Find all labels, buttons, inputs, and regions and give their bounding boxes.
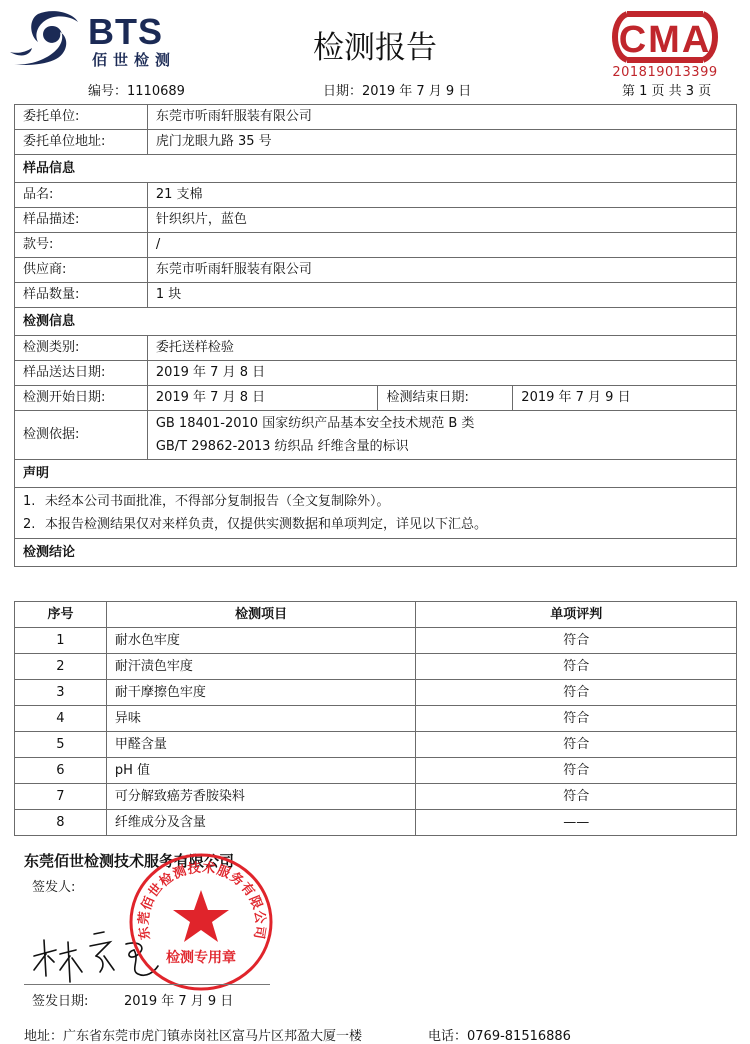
star-icon (173, 890, 229, 942)
statement-number: 2. (23, 513, 45, 536)
report-date-value: 2019 年 7 月 9 日 (362, 84, 471, 99)
table-row: 5 甲醛含量 符合 (15, 732, 737, 758)
client-address-row: 委托单位地址: 虎门龙眼九路 35 号 (15, 130, 737, 155)
sample-row: 样品数量: 1 块 (15, 283, 737, 308)
sample-row: 样品描述: 针织织片，蓝色 (15, 208, 737, 233)
signer-label: 签发人: (32, 876, 75, 895)
table-row: 4 异味 符合 (15, 706, 737, 732)
field-value: 虎门龙眼九路 35 号 (147, 130, 736, 155)
report-number-value: 1110689 (127, 84, 185, 99)
field-label: 样品数量: (15, 283, 148, 308)
sign-date-label: 签发日期: (32, 990, 88, 1009)
field-value: 委托送样检验 (147, 336, 736, 361)
row-number: 8 (15, 810, 107, 836)
cma-mark: CMA (605, 8, 725, 66)
field-label: 供应商: (15, 258, 148, 283)
statement-text: 未经本公司书面批准，不得部分复制报告（全文复制除外）。 (45, 494, 390, 509)
field-value: 1 块 (147, 283, 736, 308)
sample-row: 品名: 21 支棉 (15, 183, 737, 208)
field-value: 2019 年 7 月 8 日 (147, 386, 378, 411)
test-category-row: 检测类别: 委托送样检验 (15, 336, 737, 361)
sample-row: 供应商: 东莞市听雨轩服装有限公司 (15, 258, 737, 283)
test-result: 符合 (416, 706, 737, 732)
sample-row: 款号: / (15, 233, 737, 258)
test-item: 耐水色牢度 (106, 628, 416, 654)
section-title: 样品信息 (15, 155, 737, 183)
table-row: 3 耐干摩擦色牢度 符合 (15, 680, 737, 706)
section-title: 声明 (15, 460, 737, 488)
standard-line: GB/T 29862-2013 纺织品 纤维含量的标识 (156, 435, 728, 458)
statement-row: 1.未经本公司书面批准，不得部分复制报告（全文复制除外）。 2.本报告检测结果仅… (15, 488, 737, 539)
signature-line (24, 984, 270, 985)
row-number: 2 (15, 654, 107, 680)
column-header-result: 单项评判 (416, 602, 737, 628)
field-value: 东莞市听雨轩服装有限公司 (147, 105, 736, 130)
svg-text:检测专用章: 检测专用章 (166, 949, 236, 966)
column-header-no: 序号 (15, 602, 107, 628)
section-header-sample: 样品信息 (15, 155, 737, 183)
field-label: 样品描述: (15, 208, 148, 233)
test-result: 符合 (416, 732, 737, 758)
table-row: 2 耐汗渍色牢度 符合 (15, 654, 737, 680)
row-number: 3 (15, 680, 107, 706)
statement-item: 1.未经本公司书面批准，不得部分复制报告（全文复制除外）。 (23, 490, 728, 513)
test-result: 符合 (416, 784, 737, 810)
field-label: 样品送达日期: (15, 361, 148, 386)
field-label: 检测类别: (15, 336, 148, 361)
field-value: 2019 年 7 月 9 日 (513, 386, 737, 411)
standard-line: GB 18401-2010 国家纺织产品基本安全技术规范 B 类 (156, 412, 728, 435)
test-result: 符合 (416, 654, 737, 680)
section-header-test: 检测信息 (15, 308, 737, 336)
column-header-item: 检测项目 (106, 602, 416, 628)
field-value: 21 支棉 (147, 183, 736, 208)
official-seal: 东莞佰世检测技术服务有限公司 检测专用章 (128, 852, 274, 992)
field-label: 委托单位: (15, 105, 148, 130)
field-value: 2019 年 7 月 8 日 (147, 361, 736, 386)
field-label: 品名: (15, 183, 148, 208)
test-item: 耐干摩擦色牢度 (106, 680, 416, 706)
sign-date-value: 2019 年 7 月 9 日 (124, 990, 233, 1009)
field-value: 东莞市听雨轩服装有限公司 (147, 258, 736, 283)
report-number: 编号：1110689 (88, 84, 185, 100)
cma-number: 201819013399 (597, 65, 733, 80)
report-info-table: 委托单位: 东莞市听雨轩服装有限公司 委托单位地址: 虎门龙眼九路 35 号 样… (14, 104, 737, 567)
footer-phone: 电话：0769-81516886 (428, 1025, 571, 1044)
row-number: 5 (15, 732, 107, 758)
client-unit-row: 委托单位: 东莞市听雨轩服装有限公司 (15, 105, 737, 130)
field-label: 检测结束日期: (378, 386, 513, 411)
statement-body: 1.未经本公司书面批准，不得部分复制报告（全文复制除外）。 2.本报告检测结果仅… (15, 488, 737, 539)
field-label: 检测依据: (15, 411, 148, 460)
table-row: 7 可分解致癌芳香胺染料 符合 (15, 784, 737, 810)
test-result: —— (416, 810, 737, 836)
section-header-statement: 声明 (15, 460, 737, 488)
statement-text: 本报告检测结果仅对来样负责，仅提供实测数据和单项判定，详见以下汇总。 (45, 517, 487, 532)
section-title: 检测结论 (15, 539, 737, 567)
test-result: 符合 (416, 628, 737, 654)
row-number: 6 (15, 758, 107, 784)
field-label: 委托单位地址: (15, 130, 148, 155)
table-row: 6 pH 值 符合 (15, 758, 737, 784)
statement-item: 2.本报告检测结果仅对来样负责，仅提供实测数据和单项判定，详见以下汇总。 (23, 513, 728, 536)
test-item: 可分解致癌芳香胺染料 (106, 784, 416, 810)
test-basis-row: 检测依据: GB 18401-2010 国家纺织产品基本安全技术规范 B 类 G… (15, 411, 737, 460)
svg-text:CMA: CMA (619, 19, 712, 61)
statement-number: 1. (23, 490, 45, 513)
cma-logo-icon: CMA (605, 8, 725, 66)
report-date: 日期：2019 年 7 月 9 日 (323, 84, 471, 100)
field-value: 针织织片，蓝色 (147, 208, 736, 233)
row-number: 1 (15, 628, 107, 654)
conclusion-header-row: 序号 检测项目 单项评判 (15, 602, 737, 628)
test-item: 耐汗渍色牢度 (106, 654, 416, 680)
field-value: GB 18401-2010 国家纺织产品基本安全技术规范 B 类 GB/T 29… (147, 411, 736, 460)
test-result: 符合 (416, 758, 737, 784)
test-result: 符合 (416, 680, 737, 706)
report-number-label: 编号： (88, 84, 127, 99)
table-row: 8 纤维成分及含量 —— (15, 810, 737, 836)
table-row: 1 耐水色牢度 符合 (15, 628, 737, 654)
row-number: 7 (15, 784, 107, 810)
test-item: pH 值 (106, 758, 416, 784)
test-item: 纤维成分及含量 (106, 810, 416, 836)
row-number: 4 (15, 706, 107, 732)
section-header-conclusion: 检测结论 (15, 539, 737, 567)
conclusion-table: 序号 检测项目 单项评判 1 耐水色牢度 符合 2 耐汗渍色牢度 符合 3 耐干… (14, 601, 737, 836)
test-item: 甲醛含量 (106, 732, 416, 758)
field-label: 检测开始日期: (15, 386, 148, 411)
test-period-row: 检测开始日期: 2019 年 7 月 8 日 检测结束日期: 2019 年 7 … (15, 386, 737, 411)
test-item: 异味 (106, 706, 416, 732)
report-date-label: 日期： (323, 84, 362, 99)
field-label: 款号: (15, 233, 148, 258)
page-info: 第 1 页 共 3 页 (622, 84, 711, 100)
received-date-row: 样品送达日期: 2019 年 7 月 8 日 (15, 361, 737, 386)
footer-address: 地址：广东省东莞市虎门镇赤岗社区富马片区邦盈大厦一楼 (24, 1025, 362, 1044)
section-title: 检测信息 (15, 308, 737, 336)
field-value: / (147, 233, 736, 258)
